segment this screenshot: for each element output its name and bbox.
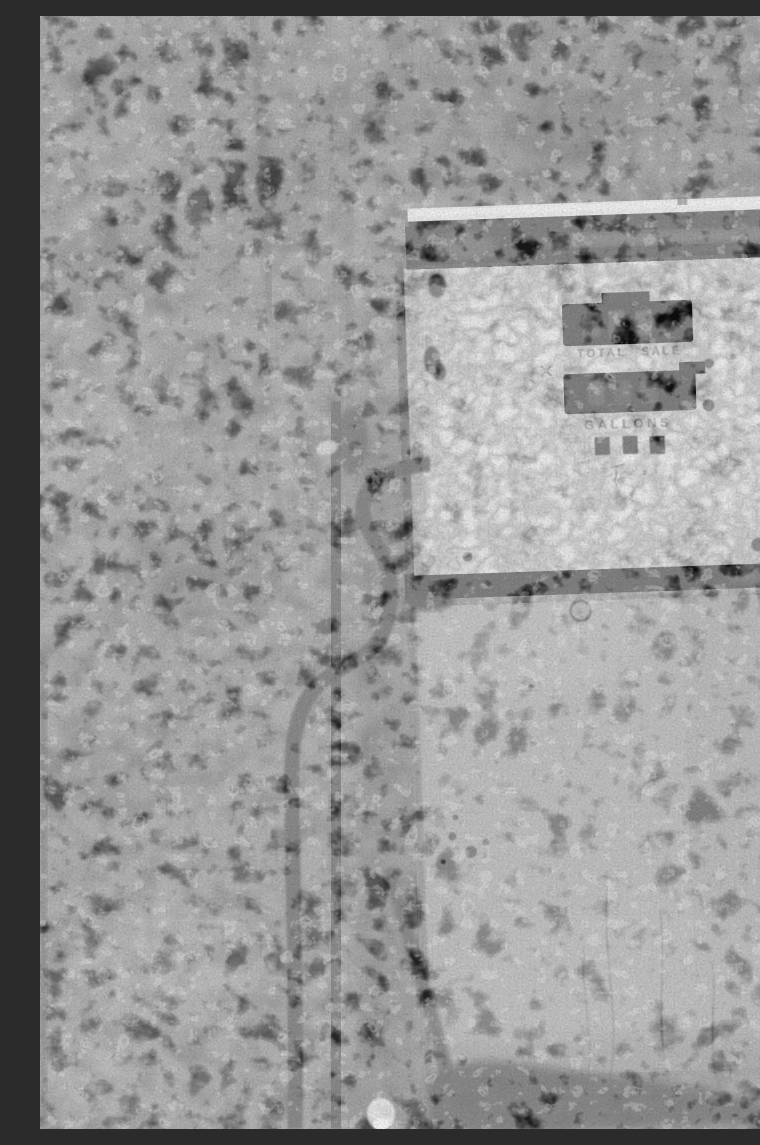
crackle-texture [40, 16, 760, 1129]
photograph: TOTAL SALE GALLONS [40, 16, 760, 1129]
photo-canvas: TOTAL SALE GALLONS [40, 16, 760, 1129]
